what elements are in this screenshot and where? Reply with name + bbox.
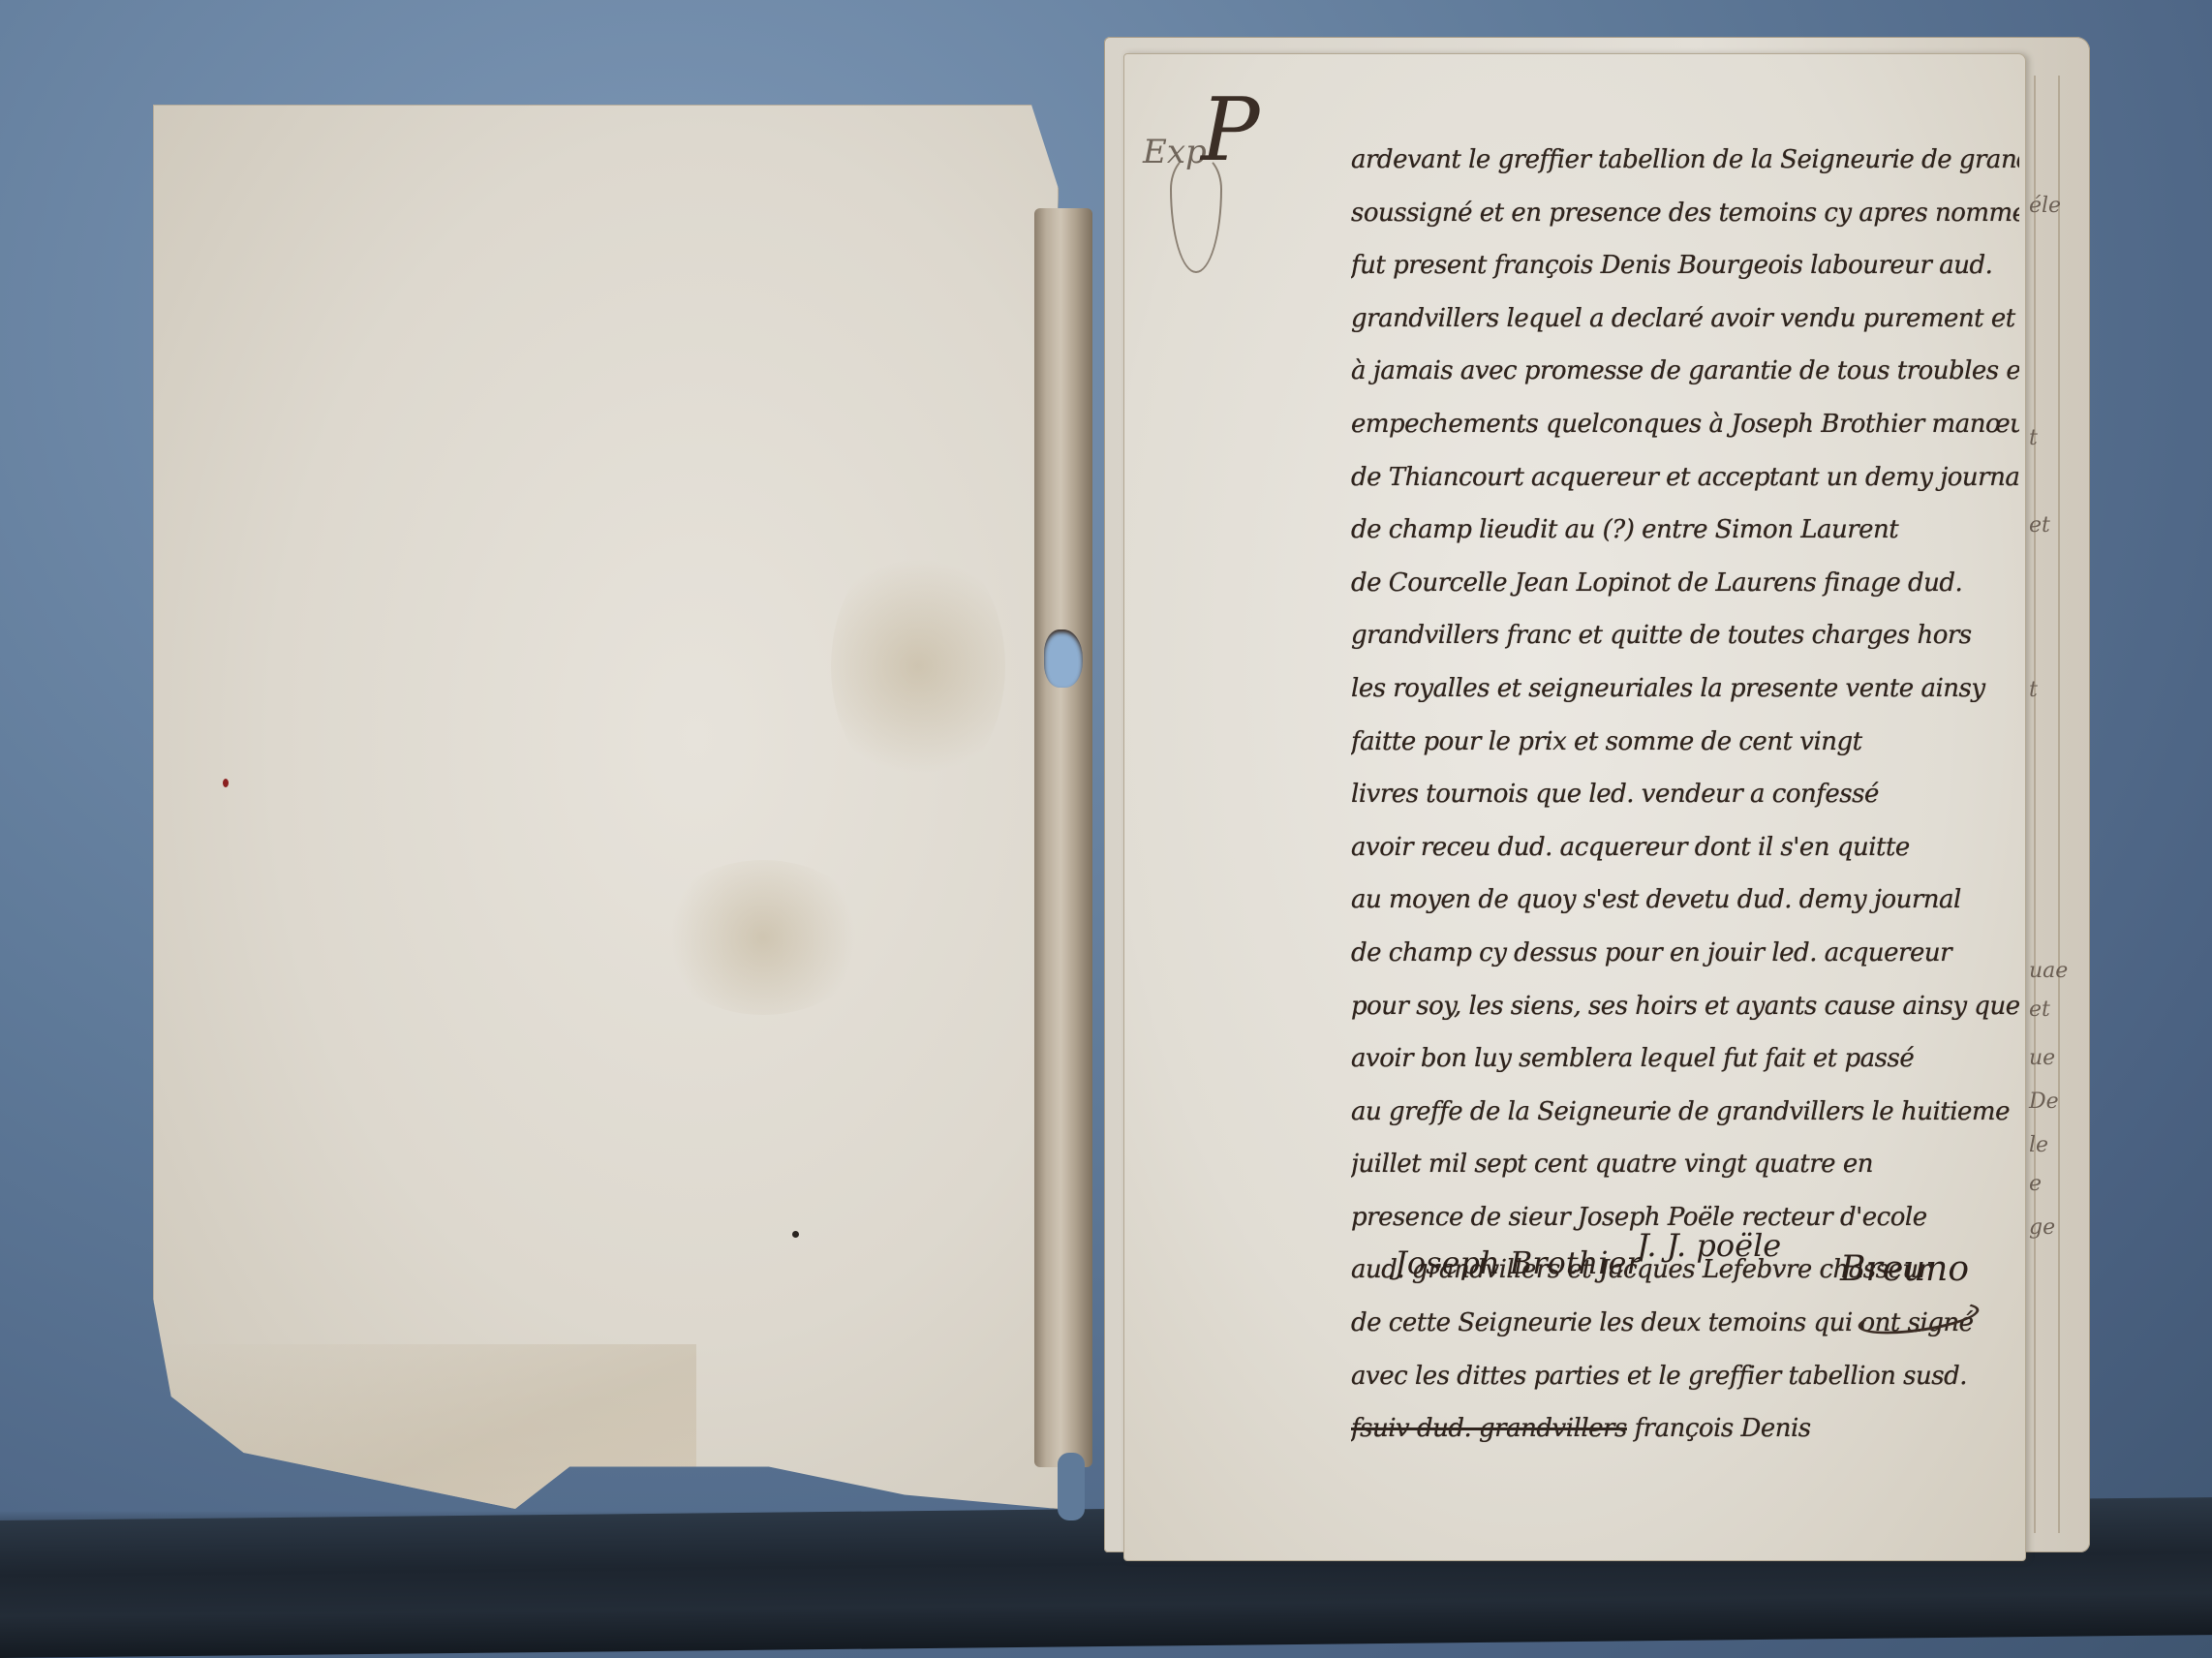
margin-note: et <box>2029 998 2050 1022</box>
red-ink-dot <box>223 779 229 787</box>
signature-flourish <box>1857 1296 1982 1339</box>
signature-brothier: Joseph Brothier <box>1395 1244 1642 1281</box>
text-line: ardevant le greffier tabellion de la Sei… <box>1351 145 2019 199</box>
text-line: juillet mil sept cent quatre vingt quatr… <box>1351 1150 2019 1203</box>
text-line: de Thiancourt acquereur et acceptant un … <box>1351 463 2019 516</box>
text-line: de champ lieudit au (?) entre Simon Laur… <box>1351 515 2019 568</box>
struck-text: fsuiv dud. grandvillers <box>1351 1414 1627 1443</box>
stain <box>657 860 870 1015</box>
text-line: grandvillers franc et quitte de toutes c… <box>1351 621 2019 674</box>
text-line: avoir receu dud. acquereur dont il s'en … <box>1351 833 2019 886</box>
text-line: grandvillers lequel a declaré avoir vend… <box>1351 304 2019 357</box>
text-line: faitte pour le prix et somme de cent vin… <box>1351 727 2019 781</box>
spine-gap <box>1058 1453 1085 1520</box>
margin-note: éle <box>2029 194 2061 218</box>
margin-note: le <box>2029 1133 2048 1157</box>
adjacent-page-margin-notes: éle t et t uae et ue De le e ge <box>2029 194 2087 1356</box>
text-line: de Courcelle Jean Lopinot de Laurens fin… <box>1351 568 2019 622</box>
struck-through-line: fsuiv dud. grandvillers françois Denis <box>1351 1414 2019 1467</box>
text-line: empechements quelconques à Joseph Brothi… <box>1351 410 2019 463</box>
text-line: fut present françois Denis Bourgeois lab… <box>1351 251 2019 304</box>
book-spine <box>1034 208 1092 1467</box>
initial-letter: P <box>1201 87 1260 174</box>
margin-note: e <box>2029 1172 2042 1196</box>
margin-note: t <box>2029 678 2038 702</box>
margin-note: uae <box>2029 959 2068 983</box>
margin-note: ue <box>2029 1046 2055 1070</box>
text-line: au moyen de quoy s'est devetu dud. demy … <box>1351 885 2019 938</box>
text-line: les royalles et seigneuriales la present… <box>1351 674 2019 727</box>
text-line: soussigné et en presence des temoins cy … <box>1351 199 2019 252</box>
kept-text: françois Denis <box>1635 1414 1811 1443</box>
margin-note: ge <box>2029 1215 2055 1240</box>
ink-dot <box>792 1231 799 1238</box>
spine-tear-hole <box>1044 629 1083 688</box>
text-line: pour soy, les siens, ses hoirs et ayants… <box>1351 992 2019 1045</box>
text-line: à jamais avec promesse de garantie de to… <box>1351 356 2019 410</box>
margin-mark: Exp <box>1143 136 1207 169</box>
signatures: Joseph Brothier J. J. poële Breuno <box>1395 1244 2014 1380</box>
text-line: au greffe de la Seigneurie de grandville… <box>1351 1097 2019 1151</box>
text-line: avoir bon luy semblera lequel fut fait e… <box>1351 1044 2019 1097</box>
stain <box>831 540 1005 792</box>
signature-poele: J. J. poële <box>1637 1227 1781 1264</box>
text-line: livres tournois que led. vendeur a confe… <box>1351 780 2019 833</box>
text-line: de champ cy dessus pour en jouir led. ac… <box>1351 938 2019 992</box>
left-blank-page <box>153 105 1059 1509</box>
margin-note: t <box>2029 426 2038 450</box>
margin-note: De <box>2029 1090 2059 1114</box>
signature-clerk: Breuno <box>1840 1249 1969 1289</box>
margin-note: et <box>2029 513 2050 537</box>
